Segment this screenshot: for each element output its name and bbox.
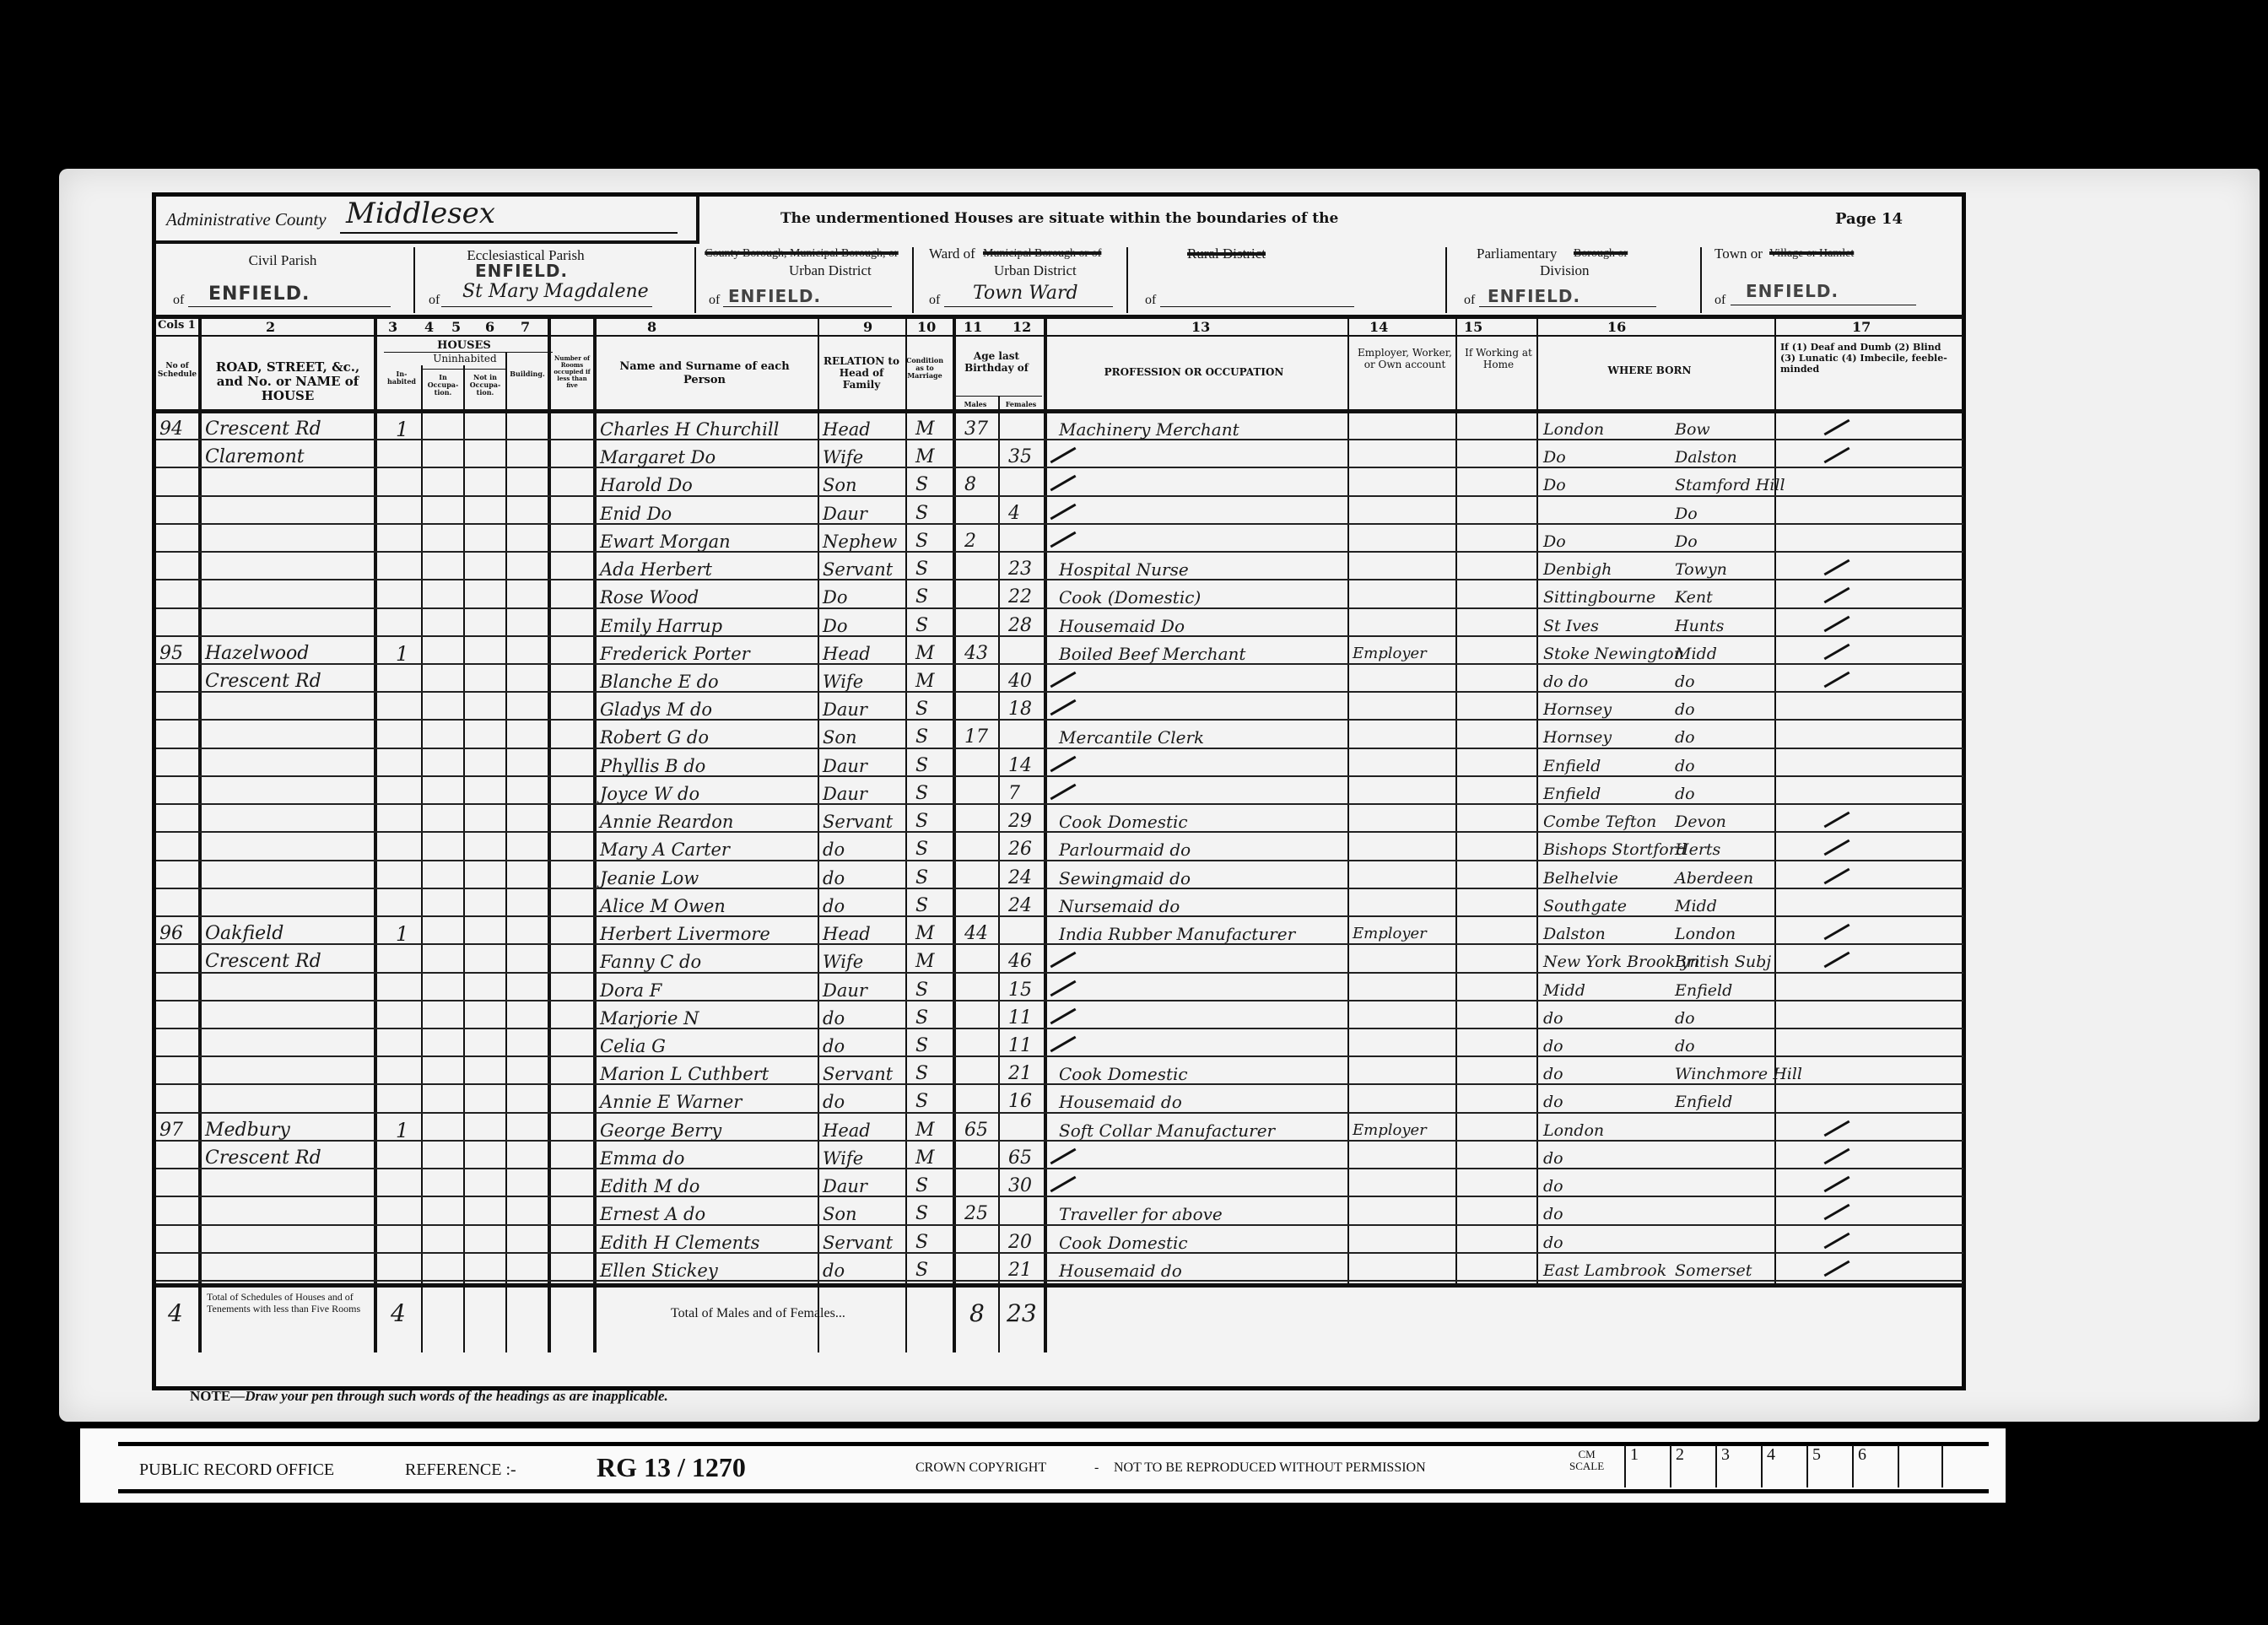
table-row: Celia GdoS11dodo	[156, 1029, 1962, 1060]
header-where-born: WHERE BORN	[1540, 365, 1759, 376]
ecclesiastical-parish-value: St Mary Magdalene	[462, 281, 649, 302]
urban-district-value: ENFIELD.	[728, 286, 821, 306]
total-males-females-label: Total of Males and of Females...	[671, 1306, 845, 1321]
crown-copyright: CROWN COPYRIGHT	[915, 1460, 1046, 1476]
totals-row: 4 Total of Schedules of Houses and of Te…	[156, 1288, 1963, 1351]
table-row: Annie E WarnerdoS16Housemaid dodoEnfield	[156, 1085, 1962, 1115]
header-infirmities: If (1) Deaf and Dumb (2) Blind (3) Lunat…	[1780, 342, 1949, 375]
civil-parish: Civil Parish of ENFIELD.	[156, 244, 413, 316]
table-row: Phyllis B doDaurS14Enfielddo	[156, 749, 1962, 780]
civil-parish-value: ENFIELD.	[208, 283, 310, 305]
header-road: ROAD, STREET, &c., and No. or NAME of HO…	[203, 360, 372, 403]
table-row: Jeanie LowdoS24Sewingmaid doBelhelvieAbe…	[156, 861, 1962, 892]
table-row: Crescent RdFanny C doWifeM46New York Bro…	[156, 945, 1962, 975]
table-row: 97Medbury1George BerryHeadM65Soft Collar…	[156, 1114, 1962, 1144]
ecclesiastical-parish: Ecclesiastical Parish ENFIELD. of St Mar…	[416, 244, 694, 316]
table-row: 94Crescent Rd1Charles H ChurchillHeadM37…	[156, 413, 1962, 443]
header-schedule: No of Schedule	[156, 362, 198, 379]
ward-value: Town Ward	[973, 283, 1078, 304]
header-employer: Employer, Worker, or Own account	[1354, 347, 1455, 370]
cm-scale-end	[1898, 1445, 1943, 1487]
tick-mark-icon	[1824, 447, 1850, 464]
tick-mark-icon	[1824, 924, 1850, 941]
tick-mark-icon	[1824, 643, 1850, 660]
header-age: Age last Birthday of	[954, 350, 1039, 374]
header-occupation: PROFESSION OR OCCUPATION	[1059, 365, 1329, 380]
cm-scale-mark: 1	[1624, 1445, 1670, 1487]
table-row: Ewart MorganNephewS2DoDo	[156, 525, 1962, 555]
urban-district: County Borough, Municipal Borough, or Ur…	[696, 244, 911, 316]
total-inhabited: 4	[391, 1299, 406, 1327]
reference-value: RG 13 / 1270	[597, 1452, 746, 1483]
public-record-office: PUBLIC RECORD OFFICE	[139, 1460, 334, 1480]
total-schedules: 4	[168, 1299, 183, 1327]
cm-scale-mark: 4	[1761, 1445, 1806, 1487]
table-row: Edith M doDaurS30do	[156, 1169, 1962, 1200]
tick-mark-icon	[1824, 812, 1850, 829]
table-row: Harold DoSonS8DoStamford Hill	[156, 468, 1962, 499]
permission-notice: NOT TO BE REPRODUCED WITHOUT PERMISSION	[1114, 1460, 1426, 1476]
tick-mark-icon	[1824, 615, 1850, 632]
census-rows: 94Crescent Rd1Charles H ChurchillHeadM37…	[156, 413, 1963, 1282]
tick-mark-icon	[1824, 587, 1850, 604]
town-value: ENFIELD.	[1746, 281, 1839, 301]
table-row: Joyce W doDaurS7Enfielddo	[156, 777, 1962, 807]
column-number-row: Cols 1 2 3 4 5 6 7 8 9 10 11 12 13 14 15…	[156, 319, 1963, 336]
cm-scale-label: CMSCALE	[1569, 1449, 1604, 1472]
tick-mark-icon	[1824, 1148, 1850, 1165]
table-row: Marion L CuthbertServantS21Cook Domestic…	[156, 1057, 1962, 1088]
tick-mark-icon	[1824, 867, 1850, 884]
header-uninhabited: Uninhabited	[423, 354, 507, 364]
reference-footer: PUBLIC RECORD OFFICE REFERENCE :- RG 13 …	[80, 1428, 2006, 1503]
header-working-at-home: If Working at Home	[1462, 347, 1535, 370]
total-females: 23	[1007, 1299, 1037, 1327]
tick-mark-icon	[1824, 1120, 1850, 1136]
table-row: Edith H ClementsServantS20Cook Domesticd…	[156, 1226, 1962, 1256]
admin-county-box: Administrative County Middlesex	[156, 197, 699, 244]
reference-label: REFERENCE :-	[405, 1460, 516, 1480]
table-row: Annie ReardonServantS29Cook DomesticComb…	[156, 805, 1962, 835]
tick-mark-icon	[1824, 1176, 1850, 1193]
header-name: Name and Surname of each Person	[612, 360, 797, 387]
table-row: Rose WoodDoS22Cook (Domestic)Sittingbour…	[156, 580, 1962, 611]
tick-mark-icon	[1824, 952, 1850, 969]
cm-scale-mark: 3	[1715, 1445, 1761, 1487]
rural-district: Rural District of	[1128, 244, 1377, 316]
table-row: Crescent RdEmma doWifeM65do	[156, 1142, 1962, 1172]
tick-mark-icon	[1824, 419, 1850, 436]
admin-county-value: Middlesex	[346, 197, 495, 230]
parliamentary-value: ENFIELD.	[1488, 286, 1580, 306]
table-row: Marjorie NdoS11dodo	[156, 1001, 1962, 1032]
census-form: Administrative County Middlesex The unde…	[152, 192, 1966, 1390]
table-row: Enid DoDaurS4Do	[156, 497, 1962, 527]
table-row: Gladys M doDaurS18Hornseydo	[156, 693, 1962, 723]
table-row: Ellen StickeydoS21Housemaid doEast Lambr…	[156, 1254, 1962, 1284]
table-row: 95Hazelwood1Frederick PorterHeadM43Boile…	[156, 637, 1962, 667]
header-relation: RELATION to Head of Family	[819, 355, 904, 391]
page-number: Page 14	[1835, 210, 1903, 228]
table-row: Ada HerbertServantS23Hospital NurseDenbi…	[156, 553, 1962, 583]
cm-scale-mark: 2	[1670, 1445, 1715, 1487]
table-row: Ernest A doSonS25Traveller for abovedo	[156, 1197, 1962, 1228]
table-row: Alice M OwendoS24Nursemaid doSouthgateMi…	[156, 889, 1962, 920]
table-row: Robert G doSonS17Mercantile ClerkHornsey…	[156, 721, 1962, 751]
table-row: Emily HarrupDoS28Housemaid DoSt IvesHunt…	[156, 609, 1962, 640]
town: Town or Village or Hamlet of ENFIELD.	[1702, 244, 1963, 316]
tick-mark-icon	[1824, 839, 1850, 856]
total-males: 8	[969, 1299, 985, 1327]
table-row: Mary A CarterdoS26Parlourmaid doBishops …	[156, 833, 1962, 863]
tick-mark-icon	[1824, 559, 1850, 576]
total-schedules-label: Total of Schedules of Houses and of Tene…	[207, 1291, 367, 1315]
tick-mark-icon	[1824, 1260, 1850, 1277]
column-headers: No of Schedule ROAD, STREET, &c., and No…	[156, 337, 1963, 411]
table-row: ClaremontMargaret DoWifeM35DoDalston	[156, 440, 1962, 471]
tick-mark-icon	[1824, 1232, 1850, 1249]
cm-scale-mark: 5	[1806, 1445, 1852, 1487]
tick-mark-icon	[1824, 672, 1850, 688]
admin-county-label: Administrative County	[166, 209, 327, 230]
note: NOTE—Draw your pen through such words of…	[190, 1388, 668, 1405]
table-row: Crescent RdBlanche E doWifeM40do dodo	[156, 665, 1962, 695]
header-houses: HOUSES	[384, 340, 544, 351]
table-row: 96Oakfield1Herbert LivermoreHeadM44India…	[156, 917, 1962, 947]
cm-scale-mark: 6	[1852, 1445, 1898, 1487]
parliamentary-division: Parliamentary Borough or Division of ENF…	[1447, 244, 1700, 316]
tick-mark-icon	[1824, 1204, 1850, 1221]
ward: Ward of Municipal Borough or of Urban Di…	[914, 244, 1125, 316]
header-condition: Condition as to Marriage	[905, 357, 944, 380]
table-row: Dora FDaurS15MiddEnfield	[156, 974, 1962, 1004]
intro-text: The undermentioned Houses are situate wi…	[780, 210, 1338, 227]
